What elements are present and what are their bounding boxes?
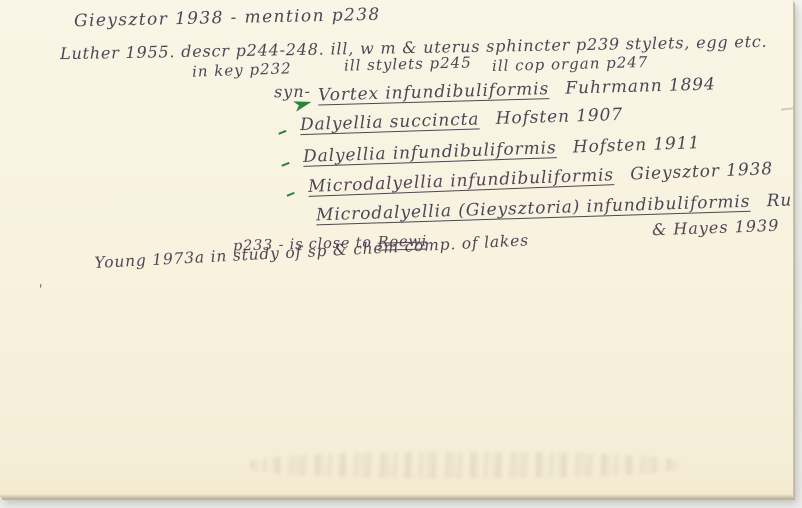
- cop-organ-page-note: ill cop organ p247: [492, 53, 649, 75]
- synonym-row: – Dalyellia succincta Hofsten 1907: [300, 105, 624, 135]
- synonym-row: – Microdalyellia infundibuliformis Gieys…: [308, 159, 774, 197]
- stylets-page-note: ill stylets p245: [344, 53, 472, 74]
- mention-line: Gieysztor 1938 - mention p238: [74, 5, 381, 31]
- authority-continuation: & Hayes 1939: [652, 216, 780, 239]
- species-name: Microdalyellia infundibuliformis: [308, 165, 615, 197]
- green-dash-icon: –: [283, 184, 300, 204]
- species-authority: Hofsten 1911: [572, 133, 700, 157]
- species-authority: Gieysztor 1938: [630, 159, 773, 184]
- synonym-row: – Dalyellia infundibuliformis Hofsten 19…: [303, 133, 701, 167]
- species-authority: Fuhrmann 1894: [565, 74, 716, 98]
- pencil-mark: [781, 107, 793, 110]
- synonym-row: ➤ Vortex infundibuliformis Fuhrmann 1894: [318, 74, 716, 105]
- green-dash-icon: –: [278, 154, 295, 174]
- species-name: Dalyellia infundibuliformis: [303, 138, 557, 167]
- species-name: Vortex infundibuliformis: [318, 79, 550, 105]
- green-dash-icon: –: [275, 122, 292, 142]
- key-page-note: in key p232: [192, 59, 292, 80]
- species-authority: Ruebush: [766, 189, 793, 212]
- card-edge-shadow: [0, 494, 793, 497]
- scan-background: Gieysztor 1938 - mention p238 Luther 195…: [0, 0, 802, 508]
- species-authority: Hofsten 1907: [495, 105, 623, 129]
- green-check-icon: ➤: [291, 95, 314, 115]
- ink-bleedthrough: [250, 452, 680, 478]
- stray-pen-mark: ': [37, 282, 44, 298]
- species-name: Dalyellia succincta: [300, 109, 480, 135]
- index-card: Gieysztor 1938 - mention p238 Luther 195…: [0, 0, 793, 497]
